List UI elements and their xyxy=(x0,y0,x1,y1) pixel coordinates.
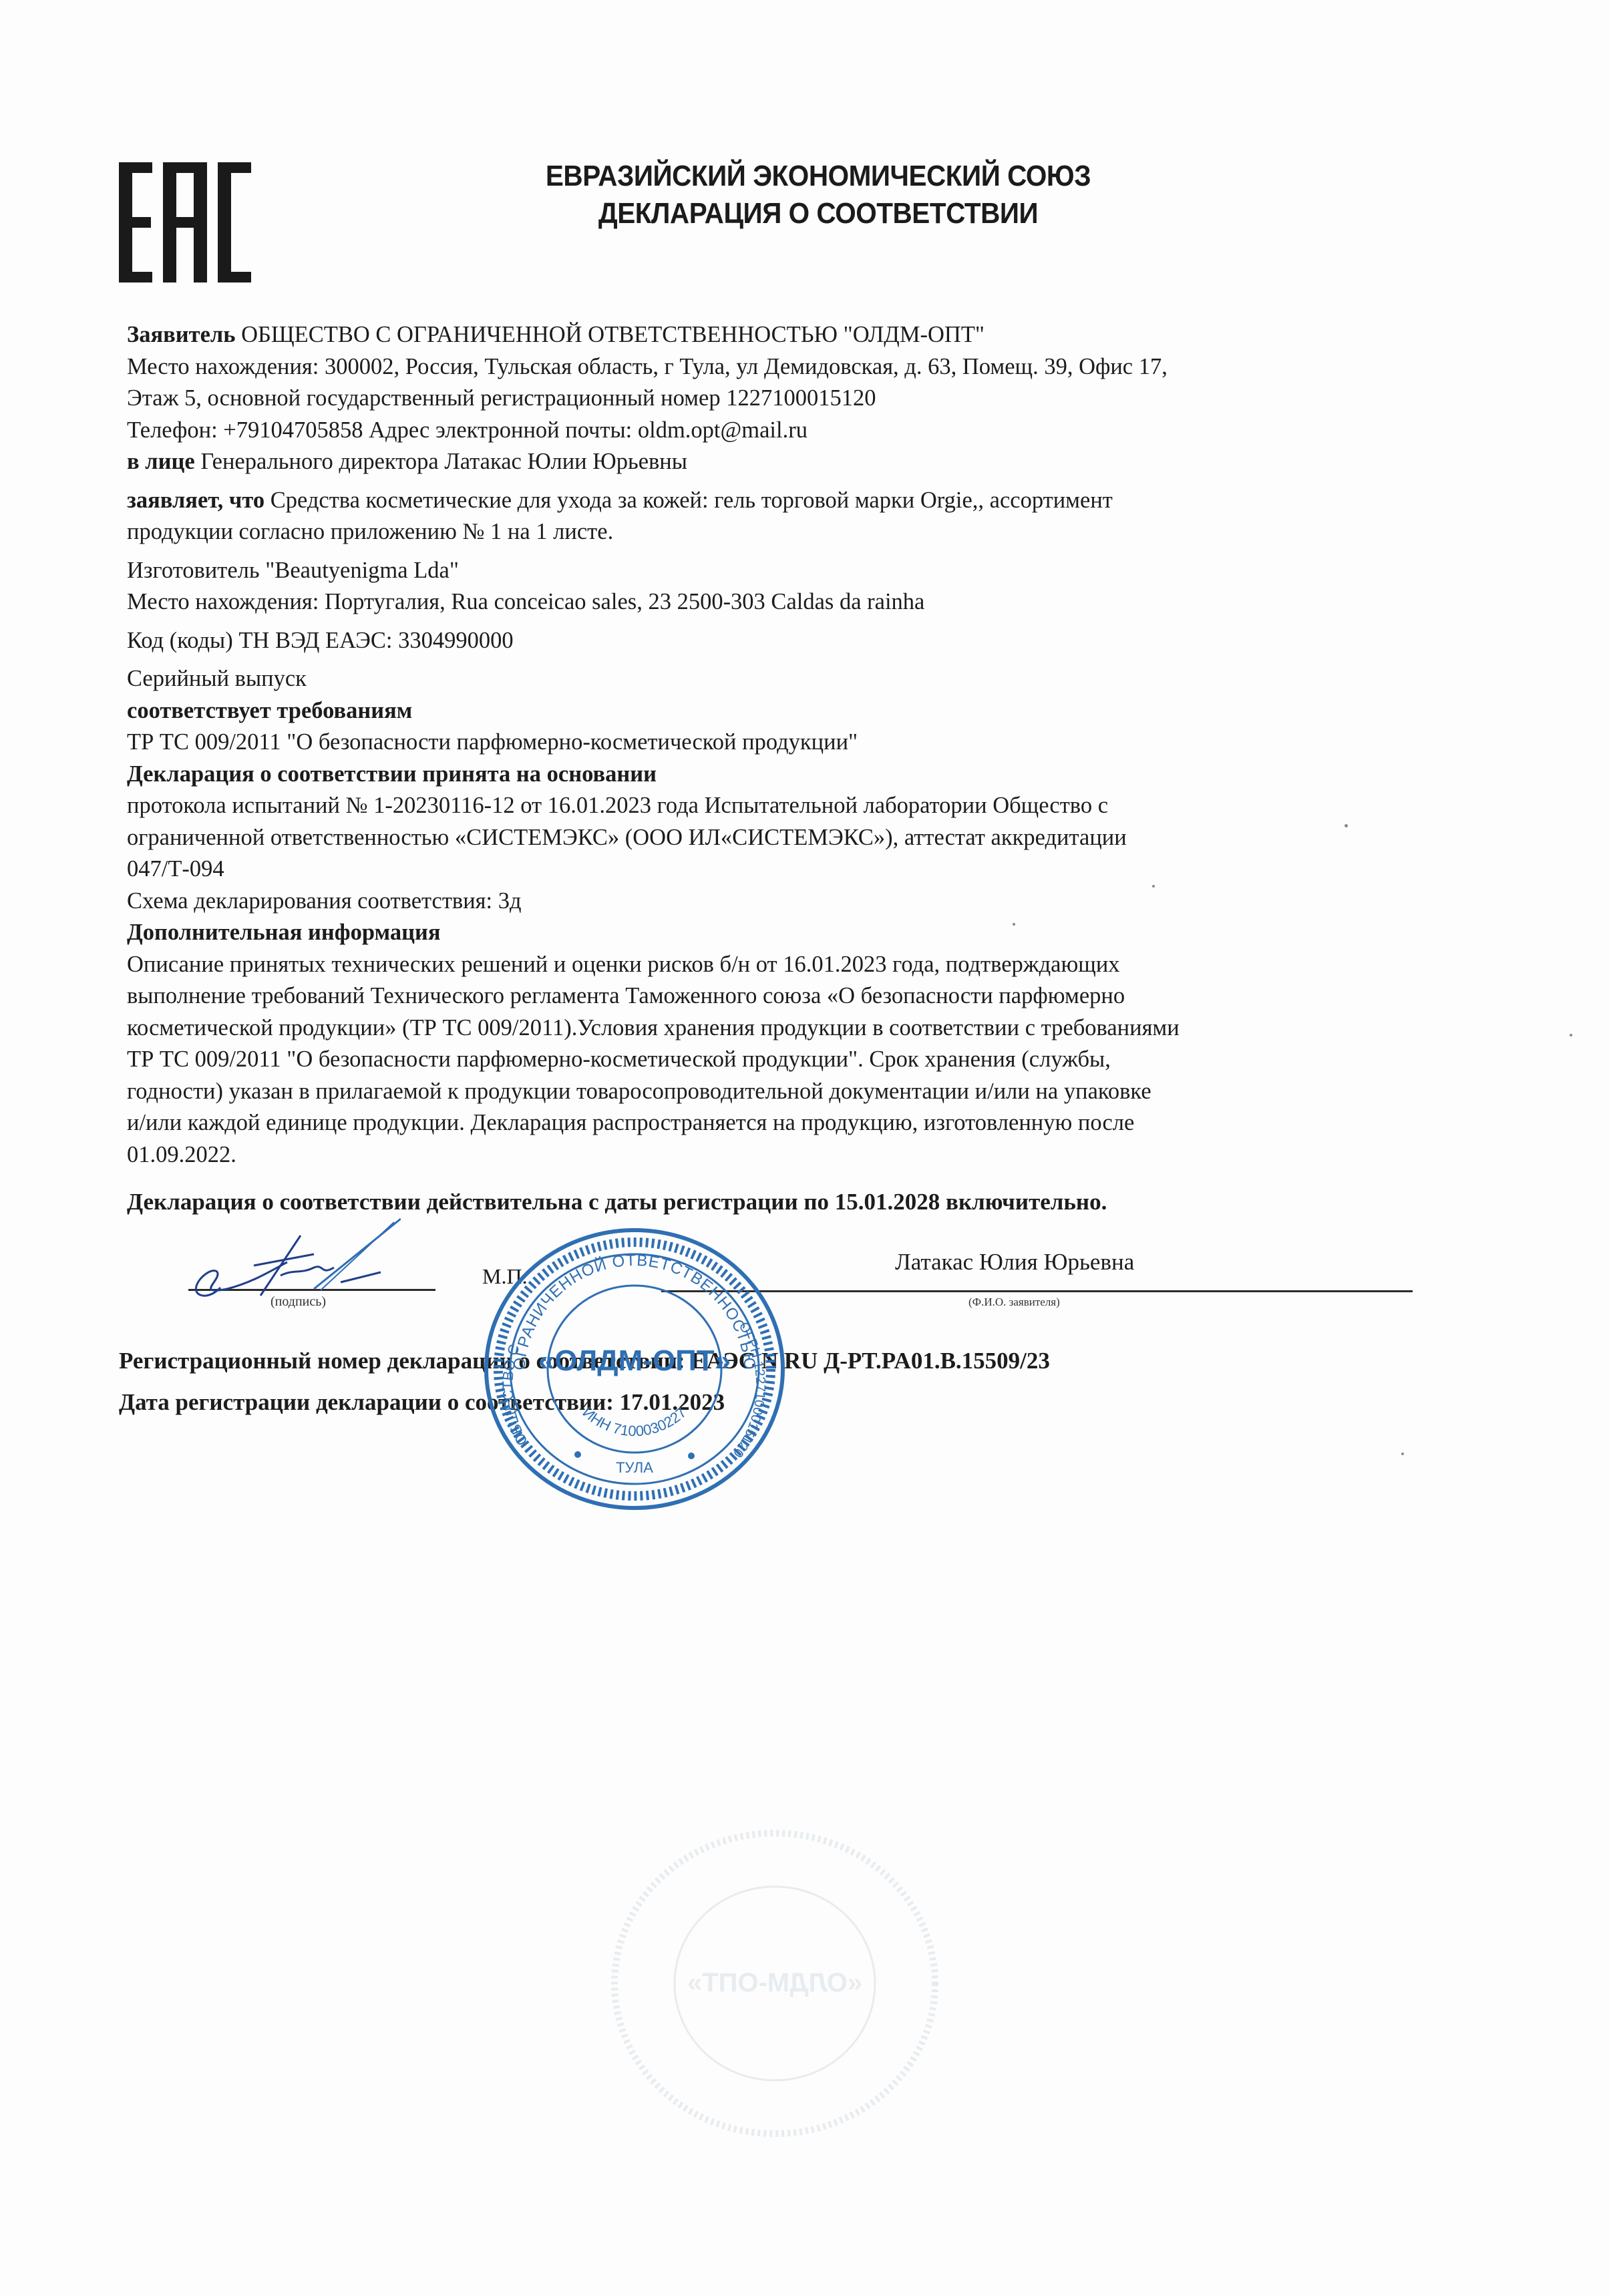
manufacturer-address: Место нахождения: Португалия, Rua concei… xyxy=(127,586,1436,618)
basis-line-3: 047/Т-094 xyxy=(127,853,1436,886)
eac-mark-icon xyxy=(119,162,252,282)
manufacturer-name: Изготовитель "Beautyenigma Lda" xyxy=(127,555,1436,587)
basis-line-2: ограниченной ответственностью «СИСТЕМЭКС… xyxy=(127,822,1436,854)
applicant-line: Заявитель ОБЩЕСТВО С ОГРАНИЧЕННОЙ ОТВЕТС… xyxy=(127,319,1436,351)
applicant-label: Заявитель xyxy=(127,322,236,347)
conforms-heading: соответствует требованиям xyxy=(127,695,1436,727)
eac-logo xyxy=(119,162,252,282)
registration-date: Дата регистрации декларации о соответств… xyxy=(119,1389,725,1416)
additional-line-7: 01.09.2022. xyxy=(127,1139,1436,1171)
applicant-name: ОБЩЕСТВО С ОГРАНИЧЕННОЙ ОТВЕТСТВЕННОСТЬЮ… xyxy=(236,322,985,347)
release-type: Серийный выпуск xyxy=(127,663,1436,695)
declaration-page: ЕВРАЗИЙСКИЙ ЭКОНОМИЧЕСКИЙ СОЮЗ ДЕКЛАРАЦИ… xyxy=(0,0,1609,2296)
declaration-body: Заявитель ОБЩЕСТВО С ОГРАНИЧЕННОЙ ОТВЕТС… xyxy=(127,319,1436,1171)
declares-line-2: продукции согласно приложению № 1 на 1 л… xyxy=(127,516,1436,548)
applicant-address-2: Этаж 5, основной государственный регистр… xyxy=(127,383,1436,415)
document-header: ЕВРАЗИЙСКИЙ ЭКОНОМИЧЕСКИЙ СОЮЗ ДЕКЛАРАЦИ… xyxy=(496,158,1141,232)
applicant-name-caption: (Ф.И.О. заявителя) xyxy=(968,1296,1060,1309)
additional-heading: Дополнительная информация xyxy=(127,917,1436,949)
seal-label: М.П. xyxy=(482,1264,528,1289)
additional-line-6: и/или каждой единице продукции. Декларац… xyxy=(127,1107,1436,1139)
signature-line xyxy=(188,1289,435,1291)
validity-statement: Декларация о соответствии действительна … xyxy=(127,1189,1107,1215)
declaration-scheme: Схема декларирования соответствия: 3д xyxy=(127,886,1436,918)
declares-line-1: заявляет, что Средства косметические для… xyxy=(127,485,1436,517)
additional-line-4: ТР ТС 009/2011 "О безопасности парфюмерн… xyxy=(127,1044,1436,1076)
applicant-address-1: Место нахождения: 300002, Россия, Тульск… xyxy=(127,351,1436,383)
applicant-name-line xyxy=(661,1290,1413,1292)
bleed-through-stamp-icon: «ОЛДМ-ОПТ» xyxy=(601,1823,948,2144)
represented-label: в лице xyxy=(127,449,195,474)
represented-by: Генерального директора Латакас Юлии Юрье… xyxy=(195,449,687,474)
svg-text:ОГРН 1227100015120: ОГРН 1227100015120 xyxy=(730,1320,767,1460)
additional-line-5: годности) указан в прилагаемой к продукц… xyxy=(127,1076,1436,1108)
additional-line-2: выполнение требований Технического регла… xyxy=(127,980,1436,1012)
additional-line-3: косметической продукции» (ТР ТС 009/2011… xyxy=(127,1012,1436,1044)
registration-number: Регистрационный номер декларации о соотв… xyxy=(119,1348,1050,1374)
declares-label: заявляет, что xyxy=(127,488,264,513)
conforms-regulation: ТР ТС 009/2011 "О безопасности парфюмерн… xyxy=(127,727,1436,759)
header-declaration-title: ДЕКЛАРАЦИЯ О СООТВЕТСТВИИ xyxy=(496,195,1141,232)
hs-code: Код (коды) ТН ВЭД ЕАЭС: 3304990000 xyxy=(127,625,1436,657)
basis-line-1: протокола испытаний № 1-20230116-12 от 1… xyxy=(127,790,1436,822)
applicant-signatory-name: Латакас Юлия Юрьевна xyxy=(895,1249,1134,1276)
signature-caption: (подпись) xyxy=(271,1294,326,1310)
declares-text: Средства косметические для ухода за коже… xyxy=(264,488,1113,513)
applicant-contacts: Телефон: +79104705858 Адрес электронной … xyxy=(127,415,1436,447)
basis-heading: Декларация о соответствии принята на осн… xyxy=(127,759,1436,791)
additional-line-1: Описание принятых технических решений и … xyxy=(127,949,1436,981)
header-union-title: ЕВРАЗИЙСКИЙ ЭКОНОМИЧЕСКИЙ СОЮЗ xyxy=(496,158,1141,195)
represented-line: в лице Генерального директора Латакас Юл… xyxy=(127,446,1436,478)
stamp-city: ТУЛА xyxy=(616,1459,653,1476)
svg-text:«ОЛДМ-ОПТ»: «ОЛДМ-ОПТ» xyxy=(687,1968,862,1997)
